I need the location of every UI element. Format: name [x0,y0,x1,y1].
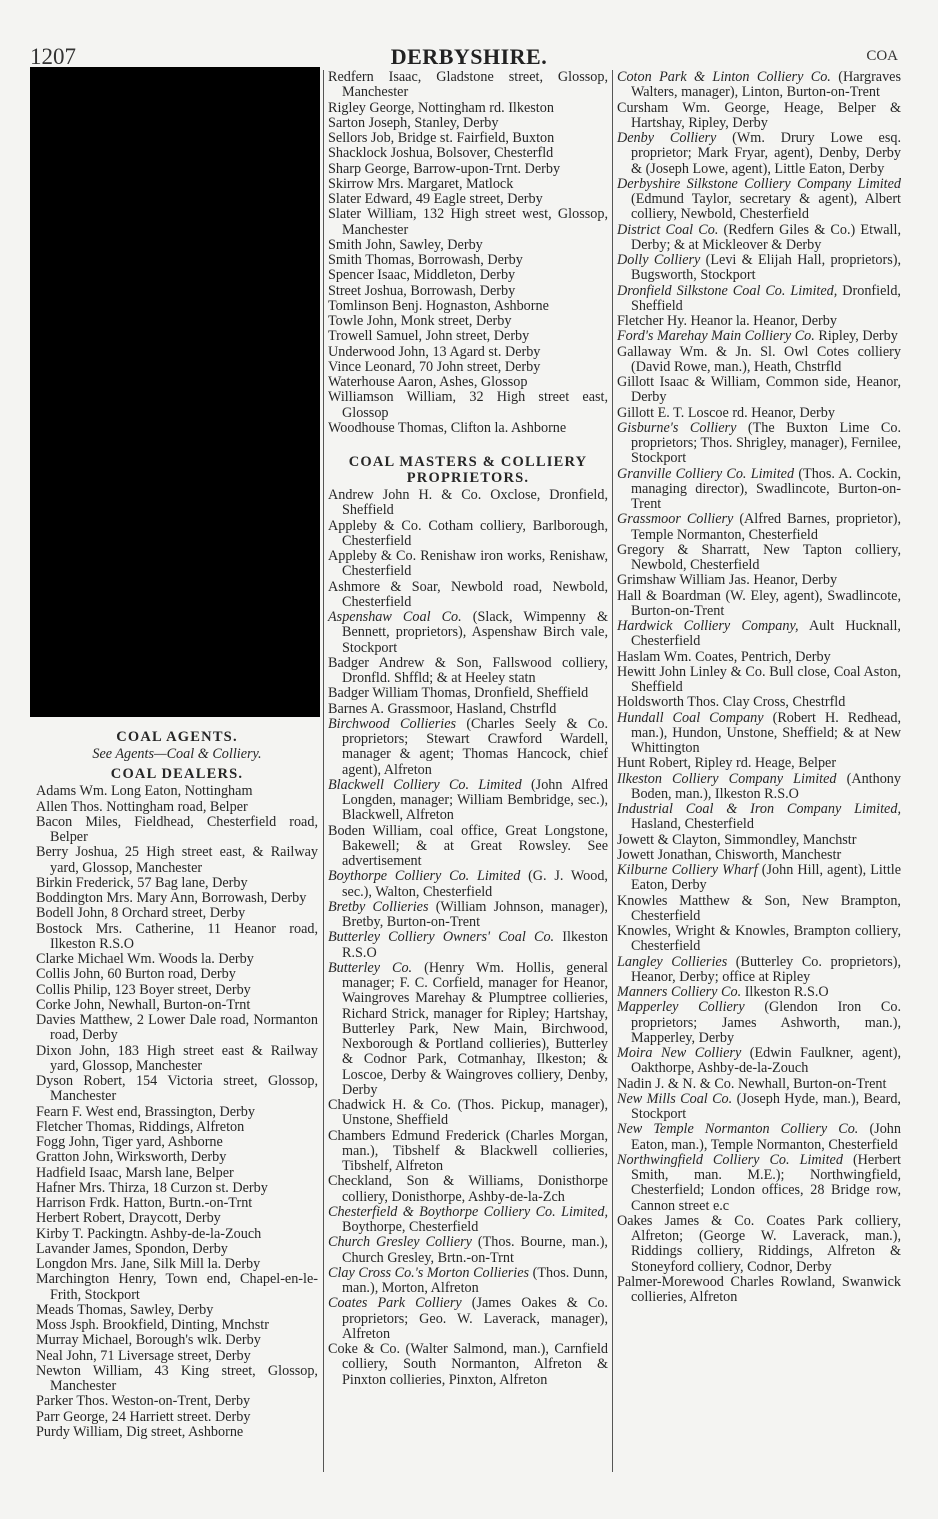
directory-entry: Bostock Mrs. Catherine, 11 Heanor road, … [36,922,318,953]
entry-name: Hunt Robert, [617,755,691,771]
directory-entry: Ford's Marehay Main Colliery Co. Ripley,… [617,329,901,344]
entry-name: Boddington Mrs. Mary Ann, [36,890,198,906]
directory-entry: Parker Thos. Weston-on-Trent, Derby [36,1394,318,1409]
entry-details: 123 Boyer street, Derby [111,982,251,998]
directory-entry: Hundall Coal Company (Robert H. Redhead,… [617,711,901,757]
directory-entry: Hunt Robert, Ripley rd. Heage, Belper [617,756,901,771]
entry-name: Williamson William, [328,389,456,405]
directory-entry: Birchwood Collieries (Charles Seely & Co… [328,717,608,778]
entry-details: 49 Eagle street, Derby [412,191,542,207]
directory-entry: Industrial Coal & Iron Company Limited, … [617,802,901,833]
directory-entry: Fogg John, Tiger yard, Ashborne [36,1135,318,1150]
entry-name: Skirrow Mrs. Margaret, [328,176,463,192]
entry-name: Ashmore & Soar, [328,579,441,595]
entry-details: 70 John street, Derby [415,359,540,375]
directory-entry: Parr George, 24 Harriett street. Derby [36,1410,318,1425]
entry-name: Dixon John, [36,1043,110,1059]
entry-name: Fogg John, [36,1134,99,1150]
directory-entry: Dronfield Silkstone Coal Co. Limited, Dr… [617,284,901,315]
directory-entry: Jowett Jonathan, Chisworth, Manchestr [617,848,901,863]
entry-name: Appleby & Co. [328,548,416,564]
directory-entry: New Mills Coal Co. (Joseph Hyde, man.), … [617,1092,901,1123]
entry-name: Grimshaw William Jas. [617,572,750,588]
directory-entry: Gratton John, Wirksworth, Derby [36,1150,318,1165]
entry-name: Redfern Isaac, [328,69,421,85]
entry-name: Hundall Coal Company [617,710,764,726]
directory-entry: Towle John, Monk street, Derby [328,314,608,329]
directory-entry: Berry Joshua, 25 High street east, & Rai… [36,845,318,876]
directory-entry: Gisburne's Colliery (The Buxton Lime Co.… [617,421,901,467]
directory-entry: Bacon Miles, Fieldhead, Chesterfield roa… [36,815,318,846]
entry-details: 60 Burton road, Derby [104,966,236,982]
entry-name: Barnes A. [328,701,384,717]
directory-entry: Bretby Collieries (William Johnson, mana… [328,900,608,931]
entry-name: Allen Thos. [36,799,103,815]
directory-entry: Hall & Boardman (W. Eley, agent), Swadli… [617,589,901,620]
entry-name: Knowles Matthew & Son, [617,893,790,909]
entry-details: 18 Curzon st. Derby [149,1180,268,1196]
entry-name: Sarton Joseph, [328,115,411,131]
entry-details: Riddings, Alfreton [135,1119,244,1135]
entry-name: Badger William Thomas, [328,685,471,701]
entry-details: Chisworth, Manchestr [712,847,842,863]
entry-name: Hewitt John Linley & Co. [617,664,766,680]
entry-name: Mapperley Colliery [617,999,745,1015]
section-heading-coal-masters: COAL MASTERS & COLLIERY PROPRIETORS. [328,454,608,486]
directory-entry: Fletcher Hy. Heanor la. Heanor, Derby [617,314,901,329]
directory-entry: Ashmore & Soar, Newbold road, Newbold, C… [328,580,608,611]
entry-details: (Henry Wm. Hollis, general manager; F. C… [342,960,608,1098]
directory-entry: Redfern Isaac, Gladstone street, Glossop… [328,70,608,101]
entry-details: Hatton, Burtn.-on-Trnt [120,1195,253,1211]
entry-details: Ripley, Derby [815,328,898,344]
entry-details: Draycott, Derby [125,1210,221,1226]
entry-details: Hasland, Chesterfield [631,816,754,832]
entry-details: 13 Agard st. Derby [429,344,541,360]
directory-entry: Longdon Mrs. Jane, Silk Mill la. Derby [36,1257,318,1272]
entry-name: Herbert Robert, [36,1210,125,1226]
entry-name: Bacon Miles, [36,814,121,830]
entry-name: Northwingfield Colliery Co. Limited [617,1152,843,1168]
entry-name: Badger Andrew & Son, [328,655,482,671]
section-heading-coal-agents: COAL AGENTS. [36,729,318,745]
directory-entry: Gallaway Wm. & Jn. Sl. Owl Cotes collier… [617,345,901,376]
entry-name: New Temple Normanton Colliery Co. [617,1121,858,1137]
column-3: Coton Park & Linton Colliery Co. (Hargra… [612,70,901,1472]
entry-name: New Mills Coal Co. [617,1091,732,1107]
entry-details: Borrowash, Derby [414,252,522,268]
entry-name: Chesterfield & Boythorpe Colliery Co. Li… [328,1204,608,1220]
entry-name: Collis John, [36,966,104,982]
entry-name: Hardwick Colliery Company, [617,618,799,634]
entry-name: Dyson Robert, [36,1073,126,1089]
entry-details: Borough's wlk. Derby [132,1332,261,1348]
directory-entry: Badger Andrew & Son, Fallswood colliery,… [328,656,608,687]
entry-name: Ford's Marehay Main Colliery Co. [617,328,815,344]
entry-name: Manners Colliery Co. [617,984,741,1000]
entry-details: Stanley, Derby [411,115,499,131]
entry-details: Hognaston, Ashborne [422,298,549,314]
entry-details: Nottingham rd. Ilkeston [414,100,554,116]
entry-name: Haslam Wm. Coates, [617,649,737,665]
entry-name: Hafner Mrs. Thirza, [36,1180,149,1196]
directory-entry: Trowell Samuel, John street, Derby [328,329,608,344]
entry-name: Oakes James & Co. [617,1213,754,1229]
entry-name: Moss Jsph. [36,1317,99,1333]
entry-details: Newhall, Burton-on-Trnt [105,997,251,1013]
entry-name: Chadwick H. & Co. [328,1097,451,1113]
directory-entry: Skirrow Mrs. Margaret, Matlock [328,177,608,192]
entry-details: Heanor la. Heanor, Derby [687,313,837,329]
entry-name: Slater William, [328,206,417,222]
directory-entry: Butterley Colliery Owners' Coal Co. Ilke… [328,930,608,961]
directory-entry: Allen Thos. Nottingham road, Belper [36,800,318,815]
entry-details: Barrow-upon-Trnt. Derby [410,161,560,177]
directory-entry: Waterhouse Aaron, Ashes, Glossop [328,375,608,390]
entry-name: Moira New Colliery [617,1045,741,1061]
entry-name: Palmer-Morewood Charles Rowland, [617,1274,835,1290]
entry-name: Clarke Michael Wm. [36,951,155,967]
entry-name: Gillott Isaac & William, [617,374,760,390]
cross-reference-note: See Agents—Coal & Colliery. [36,747,318,762]
directory-entry: Boythorpe Colliery Co. Limited (G. J. Wo… [328,869,608,900]
directory-entry: Coke & Co. (Walter Salmond, man.), Carnf… [328,1342,608,1388]
directory-entry: Corke John, Newhall, Burton-on-Trnt [36,998,318,1013]
directory-entry: Adams Wm. Long Eaton, Nottingham [36,784,318,799]
entry-details: Spondon, Derby [131,1241,228,1257]
directory-entry: Vince Leonard, 70 John street, Derby [328,360,608,375]
entry-name: Derbyshire Silkstone Colliery Company Li… [617,176,901,192]
entry-name: Jowett & Clayton, [617,832,721,848]
entry-name: Clay Cross Co.'s Morton Collieries [328,1265,529,1281]
directory-entry: Coates Park Colliery (James Oakes & Co. … [328,1296,608,1342]
entry-name: Smith Thomas, [328,252,414,268]
directory-entry: Spencer Isaac, Middleton, Derby [328,268,608,283]
directory-entry: Collis John, 60 Burton road, Derby [36,967,318,982]
directory-entry: Andrew John H. & Co. Oxclose, Dronfield,… [328,488,608,519]
entry-name: Spencer Isaac, [328,267,410,283]
entry-details: Simmondley, Manchstr [721,832,857,848]
entry-details: Newhall, Burton-on-Trent [734,1076,886,1092]
entry-details: Bridge st. Fairfield, Buxton [394,130,554,146]
directory-entry: Blackwell Colliery Co. Limited (John Alf… [328,778,608,824]
directory-entry: Kirby T. Packingtn. Ashby-de-la-Zouch [36,1227,318,1242]
entry-details: John street, Derby [422,328,529,344]
entry-details: 24 Harriett street. Derby [108,1409,250,1425]
entry-name: Blackwell Colliery Co. Limited [328,777,522,793]
entry-name: Boythorpe Colliery Co. Limited [328,868,520,884]
directory-entry: Newton William, 43 King street, Glossop,… [36,1364,318,1395]
directory-entry: Gillott E. T. Loscoe rd. Heanor, Derby [617,406,901,421]
entry-name: Slater Edward, [328,191,412,207]
entry-details: Dronfield, Sheffield [471,685,589,701]
entry-details: Tiger yard, Ashborne [99,1134,223,1150]
entry-name: Fearn F. [36,1104,82,1120]
entry-details: Woods la. Derby [155,951,254,967]
directory-entry: Clay Cross Co.'s Morton Collieries (Thos… [328,1266,608,1297]
directory-entry: Underwood John, 13 Agard st. Derby [328,345,608,360]
entry-name: Birchwood Collieries [328,716,456,732]
entry-name: Holdsworth Thos. [617,694,719,710]
entry-name: Lavander James, [36,1241,131,1257]
entry-details: Ashes, Glossop [436,374,527,390]
directory-entry: Collis Philip, 123 Boyer street, Derby [36,983,318,998]
directory-entry: Neal John, 71 Liversage street, Derby [36,1349,318,1364]
entry-name: District Coal Co. [617,222,718,238]
entry-name: Gisburne's Colliery [617,420,736,436]
entry-details: Clifton la. Ashborne [447,420,566,436]
entry-name: Fletcher Hy. [617,313,687,329]
entry-name: Newton William, [36,1363,142,1379]
column-2: Redfern Isaac, Gladstone street, Glossop… [323,70,608,1472]
directory-entry: Oakes James & Co. Coates Park colliery, … [617,1214,901,1275]
directory-entry: Fearn F. West end, Brassington, Derby [36,1105,318,1120]
directory-entry: Smith Thomas, Borrowash, Derby [328,253,608,268]
entry-details: Sawley, Derby [396,237,483,253]
entry-name: Ilkeston Colliery Company Limited [617,771,836,787]
directory-entry: Hardwick Colliery Company, Ault Hucknall… [617,619,901,650]
directory-entry: Checkland, Son & Williams, Donisthorpe c… [328,1174,608,1205]
entry-details: (Edmund Taylor, secretary & agent), Albe… [631,191,901,222]
directory-entry: Davies Matthew, 2 Lower Dale road, Norma… [36,1013,318,1044]
entry-details: Middleton, Derby [410,267,515,283]
directory-entry: Coton Park & Linton Colliery Co. (Hargra… [617,70,901,101]
entry-details: Heanor, Derby [750,572,837,588]
entry-name: Sharp George, [328,161,410,177]
directory-entry: Grassmoor Colliery (Alfred Barnes, propr… [617,512,901,543]
directory-entry: Herbert Robert, Draycott, Derby [36,1211,318,1226]
directory-entry: Kilburne Colliery Wharf (John Hill, agen… [617,863,901,894]
directory-entry: Church Gresley Colliery (Thos. Bourne, m… [328,1235,608,1266]
directory-entry: Moira New Colliery (Edwin Faulkner, agen… [617,1046,901,1077]
entry-name: Vince Leonard, [328,359,415,375]
directory-entry: Manners Colliery Co. Ilkeston R.S.O [617,985,901,1000]
entry-name: Checkland, Son & Williams, [328,1173,523,1189]
entry-name: Parr George, [36,1409,108,1425]
entry-details: Packingtn. Ashby-de-la-Zouch [84,1226,262,1242]
entry-name: Kirby T. [36,1226,84,1242]
coal-dealers-continued-list: Redfern Isaac, Gladstone street, Glossop… [328,70,608,436]
entry-name: Sellors Job, [328,130,394,146]
entry-name: Harrison Frdk. [36,1195,120,1211]
entry-details: Borrowash, Derby [198,890,306,906]
directory-entry: District Coal Co. (Redfern Giles & Co.) … [617,223,901,254]
entry-name: Butterley Co. [328,960,412,976]
directory-entry: Knowles, Wright & Knowles, Brampton coll… [617,924,901,955]
directory-entry: Sharp George, Barrow-upon-Trnt. Derby [328,162,608,177]
coal-masters-continued-list: Coton Park & Linton Colliery Co. (Hargra… [617,70,901,1305]
entry-name: Gregory & Sharratt, [617,542,750,558]
entry-name: Berry Joshua, [36,844,118,860]
catch-word: COA [866,48,898,65]
entry-details: 8 Orchard street, Derby [108,905,245,921]
directory-entry: Butterley Co. (Henry Wm. Hollis, general… [328,961,608,1098]
directory-entry: Street Joshua, Borrowash, Derby [328,284,608,299]
entry-details: 71 Liversage street, Derby [97,1348,251,1364]
directory-entry: Gillott Isaac & William, Common side, He… [617,375,901,406]
directory-entry: Palmer-Morewood Charles Rowland, Swanwic… [617,1275,901,1306]
directory-entry: Meads Thomas, Sawley, Derby [36,1303,318,1318]
entry-details: Sawley, Derby [126,1302,213,1318]
directory-entry: Hewitt John Linley & Co. Bull close, Coa… [617,665,901,696]
entry-details: Ilkeston R.S.O [741,984,829,1000]
entry-name: Marchington Henry, [36,1271,157,1287]
entry-details: Brookfield, Dinting, Mnchstr [99,1317,269,1333]
entry-name: Birkin Frederick, [36,875,134,891]
directory-entry: Appleby & Co. Cotham colliery, Barlborou… [328,519,608,550]
entry-name: Bretby Collieries [328,899,428,915]
entry-details: Bolsover, Chesterfld [433,145,553,161]
entry-name: Davies Matthew, [36,1012,133,1028]
entry-details: Wirksworth, Derby [113,1149,226,1165]
directory-entry: Northwingfield Colliery Co. Limited (Her… [617,1153,901,1214]
directory-entry: Williamson William, 32 High street east,… [328,390,608,421]
directory-entry: Slater William, 132 High street west, Gl… [328,207,608,238]
entry-name: Granville Colliery Co. Limited [617,466,794,482]
entry-name: Purdy William, [36,1424,123,1440]
entry-name: Industrial Coal & Iron Company Limited, [617,801,901,817]
entry-details: Ripley rd. Heage, Belper [691,755,836,771]
entry-name: Chambers Edmund Frederick [328,1128,500,1144]
directory-entry: Sellors Job, Bridge st. Fairfield, Buxto… [328,131,608,146]
entry-details: Matlock [463,176,514,192]
entry-name: Church Gresley Colliery [328,1234,472,1250]
directory-entry: Denby Colliery (Wm. Drury Lowe esq. prop… [617,131,901,177]
entry-name: Dolly Colliery [617,252,700,268]
entry-name: Cursham Wm. George, [617,100,770,116]
entry-name: Street Joshua, [328,283,407,299]
entry-name: Murray Michael, [36,1332,132,1348]
directory-entry: Smith John, Sawley, Derby [328,238,608,253]
directory-entry: Birkin Frederick, 57 Bag lane, Derby [36,876,318,891]
entry-details: Clay Cross, Chestrfld [719,694,845,710]
entry-name: Boden William, [328,823,422,839]
directory-entry: Murray Michael, Borough's wlk. Derby [36,1333,318,1348]
entry-name: Coton Park & Linton Colliery Co. [617,69,831,85]
entry-details: Grassmoor, Hasland, Chstrfld [384,701,556,717]
entry-details: Monk street, Derby [397,313,511,329]
directory-entry: Knowles Matthew & Son, New Brampton, Che… [617,894,901,925]
entry-name: Longdon Mrs. Jane, [36,1256,150,1272]
entry-name: Appleby & Co. [328,518,422,534]
directory-entry: Clarke Michael Wm. Woods la. Derby [36,952,318,967]
directory-entry: Appleby & Co. Renishaw iron works, Renis… [328,549,608,580]
entry-name: Hall & Boardman [617,588,721,604]
entry-name: Bodell John, [36,905,108,921]
directory-entry: Rigley George, Nottingham rd. Ilkeston [328,101,608,116]
directory-entry: Haslam Wm. Coates, Pentrich, Derby [617,650,901,665]
entry-name: Smith John, [328,237,396,253]
directory-entry: Hadfield Isaac, Marsh lane, Belper [36,1166,318,1181]
directory-entry: Boddington Mrs. Mary Ann, Borrowash, Der… [36,891,318,906]
entry-details: Loscoe rd. Heanor, Derby [684,405,835,421]
directory-entry: New Temple Normanton Colliery Co. (John … [617,1122,901,1153]
directory-entry: Boden William, coal office, Great Longst… [328,824,608,870]
entry-name: Nadin J. & N. & Co. [617,1076,734,1092]
entry-name: Parker Thos. [36,1393,108,1409]
entry-name: Bostock Mrs. Catherine, [36,921,194,937]
entry-details: West end, Brassington, Derby [82,1104,255,1120]
entry-name: Kilburne Colliery Wharf [617,862,758,878]
entry-details: Marsh lane, Belper [122,1165,234,1181]
entry-name: Corke John, [36,997,105,1013]
entry-name: Dronfield Silkstone Coal Co. Limited, [617,283,837,299]
directory-entry: Hafner Mrs. Thirza, 18 Curzon st. Derby [36,1181,318,1196]
entry-name: Knowles, Wright & Knowles, [617,923,789,939]
entry-name: Waterhouse Aaron, [328,374,436,390]
entry-name: Underwood John, [328,344,429,360]
column-1: COAL AGENTS. See Agents—Coal & Colliery.… [36,725,318,1440]
directory-entry: Chambers Edmund Frederick (Charles Morga… [328,1129,608,1175]
entry-name: Tomlinson Benj. [328,298,422,314]
directory-entry: Nadin J. & N. & Co. Newhall, Burton-on-T… [617,1077,901,1092]
entry-name: Adams Wm. [36,783,107,799]
entry-name: Rigley George, [328,100,414,116]
entry-details: Pentrich, Derby [737,649,830,665]
entry-name: Towle John, [328,313,397,329]
directory-entry: Holdsworth Thos. Clay Cross, Chestrfld [617,695,901,710]
directory-entry: Fletcher Thomas, Riddings, Alfreton [36,1120,318,1135]
entry-name: Denby Colliery [617,130,716,146]
directory-entry: Marchington Henry, Town end, Chapel-en-l… [36,1272,318,1303]
entry-name: Coke & Co. [328,1341,400,1357]
entry-details: Nottingham road, Belper [103,799,248,815]
directory-entry: Dyson Robert, 154 Victoria street, Gloss… [36,1074,318,1105]
entry-name: Hadfield Isaac, [36,1165,122,1181]
entry-name: Grassmoor Colliery [617,511,733,527]
entry-details: 57 Bag lane, Derby [134,875,248,891]
directory-entry: Jowett & Clayton, Simmondley, Manchstr [617,833,901,848]
directory-entry: Tomlinson Benj. Hognaston, Ashborne [328,299,608,314]
entry-name: Aspenshaw Coal Co. [328,609,462,625]
entry-details: Long Eaton, Nottingham [107,783,252,799]
directory-entry: Barnes A. Grassmoor, Hasland, Chstrfld [328,702,608,717]
entry-name: Langley Collieries [617,954,727,970]
directory-entry: Chesterfield & Boythorpe Colliery Co. Li… [328,1205,608,1236]
entry-name: Coates Park Colliery [328,1295,462,1311]
directory-entry: Langley Collieries (Butterley Co. propri… [617,955,901,986]
directory-entry: Shacklock Joshua, Bolsover, Chesterfld [328,146,608,161]
entry-name: Gratton John, [36,1149,113,1165]
directory-entry: Sarton Joseph, Stanley, Derby [328,116,608,131]
directory-entry: Granville Colliery Co. Limited (Thos. A.… [617,467,901,513]
entry-name: Trowell Samuel, [328,328,422,344]
directory-entry: Gregory & Sharratt, New Tapton colliery,… [617,543,901,574]
directory-entry: Derbyshire Silkstone Colliery Company Li… [617,177,901,223]
entry-details: Silk Mill la. Derby [150,1256,261,1272]
directory-entry: Slater Edward, 49 Eagle street, Derby [328,192,608,207]
directory-entry: Woodhouse Thomas, Clifton la. Ashborne [328,421,608,436]
entry-name: Gillott E. T. [617,405,684,421]
coal-masters-list: Andrew John H. & Co. Oxclose, Dronfield,… [328,488,608,1388]
redacted-block [30,67,320,717]
entry-name: Woodhouse Thomas, [328,420,447,436]
entry-name: Shacklock Joshua, [328,145,433,161]
entry-name: Butterley Colliery Owners' Coal Co. [328,929,554,945]
entry-name: Collis Philip, [36,982,111,998]
directory-entry: Lavander James, Spondon, Derby [36,1242,318,1257]
entry-name: Jowett Jonathan, [617,847,712,863]
directory-entry: Badger William Thomas, Dronfield, Sheffi… [328,686,608,701]
directory-entry: Moss Jsph. Brookfield, Dinting, Mnchstr [36,1318,318,1333]
section-heading-coal-dealers: COAL DEALERS. [36,766,318,782]
directory-entry: Grimshaw William Jas. Heanor, Derby [617,573,901,588]
entry-name: Fletcher Thomas, [36,1119,135,1135]
entry-details: Borrowash, Derby [407,283,515,299]
directory-entry: Ilkeston Colliery Company Limited (Antho… [617,772,901,803]
directory-entry: Aspenshaw Coal Co. (Slack, Wimpenny & Be… [328,610,608,656]
entry-name: Gallaway Wm. & Jn. Sl. [617,344,776,360]
